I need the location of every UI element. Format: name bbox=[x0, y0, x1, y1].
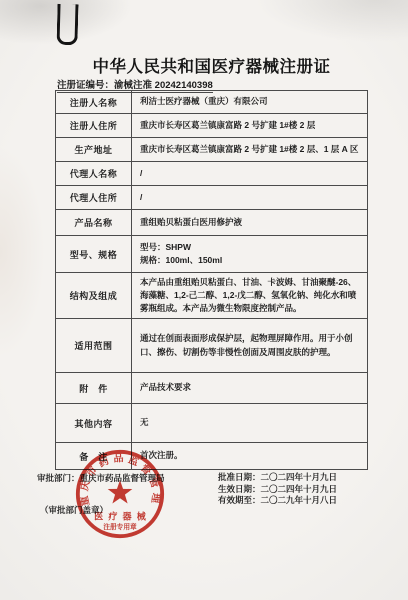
row-registrant-address: 注册人住所 重庆市长寿区葛兰镇康富路 2 号扩建 1#楼 2 层 bbox=[56, 114, 368, 138]
certificate-table: 注册人名称 利洁士医疗器械（重庆）有限公司 注册人住所 重庆市长寿区葛兰镇康富路… bbox=[55, 90, 368, 470]
expiry-date-value: 二〇二九年十月八日 bbox=[261, 495, 338, 505]
field-label: 代理人名称 bbox=[56, 162, 132, 186]
row-model-spec: 型号、规格 型号：SHPW 规格：100ml、150ml bbox=[56, 236, 368, 273]
expiry-date-label: 有效期至： bbox=[218, 495, 261, 505]
field-value: 无 bbox=[132, 404, 368, 443]
field-label: 代理人住所 bbox=[56, 186, 132, 210]
row-other-content: 其他内容 无 bbox=[56, 404, 368, 443]
seal-line2: 注册专用章 bbox=[103, 522, 137, 531]
row-agent-address: 代理人住所 / bbox=[56, 186, 368, 210]
effective-date-label: 生效日期： bbox=[218, 484, 261, 494]
row-product-name: 产品名称 重组贻贝粘蛋白医用修护液 bbox=[56, 210, 368, 236]
row-production-address: 生产地址 重庆市长寿区葛兰镇康富路 2 号扩建 1#楼 2 层、1 层 A 区 bbox=[56, 138, 368, 162]
star-icon bbox=[108, 480, 133, 503]
field-label: 生产地址 bbox=[56, 138, 132, 162]
field-label: 结构及组成 bbox=[56, 273, 132, 319]
field-value: / bbox=[132, 186, 368, 210]
row-agent-name: 代理人名称 / bbox=[56, 162, 368, 186]
field-value: 本产品由重组贻贝粘蛋白、甘油、卡波姆、甘油聚醚-26、海藻糖、1,2-己二醇、1… bbox=[132, 273, 368, 319]
field-value: 型号：SHPW 规格：100ml、150ml bbox=[132, 236, 368, 273]
field-label: 型号、规格 bbox=[56, 236, 132, 273]
approval-date-label: 批准日期： bbox=[218, 472, 261, 482]
approval-date-value: 二〇二四年十月九日 bbox=[261, 472, 338, 482]
field-label: 产品名称 bbox=[56, 210, 132, 236]
certificate-title: 中华人民共和国医疗器械注册证 bbox=[55, 53, 368, 77]
row-intended-use: 适用范围 通过在创面表面形成保护层，起物理屏障作用。用于小创口、擦伤、切割伤等非… bbox=[56, 319, 368, 373]
paperclip-icon bbox=[56, 4, 78, 46]
row-structure-composition: 结构及组成 本产品由重组贻贝粘蛋白、甘油、卡波姆、甘油聚醚-26、海藻糖、1,2… bbox=[56, 273, 368, 319]
field-value: 产品技术要求 bbox=[132, 373, 368, 404]
certificate-page: 中华人民共和国医疗器械注册证 注册证编号：渝械注准 20242140398 注册… bbox=[0, 0, 408, 600]
field-label: 注册人住所 bbox=[56, 114, 132, 138]
seal-line1: 医疗器械 bbox=[94, 510, 147, 521]
field-value: 重庆市长寿区葛兰镇康富路 2 号扩建 1#楼 2 层 bbox=[132, 114, 368, 138]
field-value: 重庆市长寿区葛兰镇康富路 2 号扩建 1#楼 2 层、1 层 A 区 bbox=[132, 138, 368, 162]
row-attachment: 附 件 产品技术要求 bbox=[56, 373, 368, 404]
field-value: 通过在创面表面形成保护层，起物理屏障作用。用于小创口、擦伤、切割伤等非慢性创面及… bbox=[132, 319, 368, 373]
field-value: 重组贻贝粘蛋白医用修护液 bbox=[132, 210, 368, 236]
field-value: 首次注册。 bbox=[132, 443, 368, 470]
field-value: 利洁士医疗器械（重庆）有限公司 bbox=[132, 91, 368, 114]
field-label: 注册人名称 bbox=[56, 91, 132, 114]
expiry-date-line: 有效期至：二〇二九年十月八日 bbox=[218, 495, 337, 507]
date-block: 批准日期：二〇二四年十月九日 生效日期：二〇二四年十月九日 有效期至：二〇二九年… bbox=[218, 472, 337, 507]
approval-date-line: 批准日期：二〇二四年十月九日 bbox=[218, 472, 337, 484]
row-registrant-name: 注册人名称 利洁士医疗器械（重庆）有限公司 bbox=[56, 91, 368, 114]
effective-date-line: 生效日期：二〇二四年十月九日 bbox=[218, 484, 337, 496]
field-value: / bbox=[132, 162, 368, 186]
field-label: 适用范围 bbox=[56, 319, 132, 373]
effective-date-value: 二〇二四年十月九日 bbox=[261, 484, 338, 494]
official-seal-stamp: 重庆市药品监督管理局 医疗器械 注册专用章 bbox=[74, 448, 166, 540]
field-label: 其他内容 bbox=[56, 404, 132, 443]
field-label: 附 件 bbox=[56, 373, 132, 404]
